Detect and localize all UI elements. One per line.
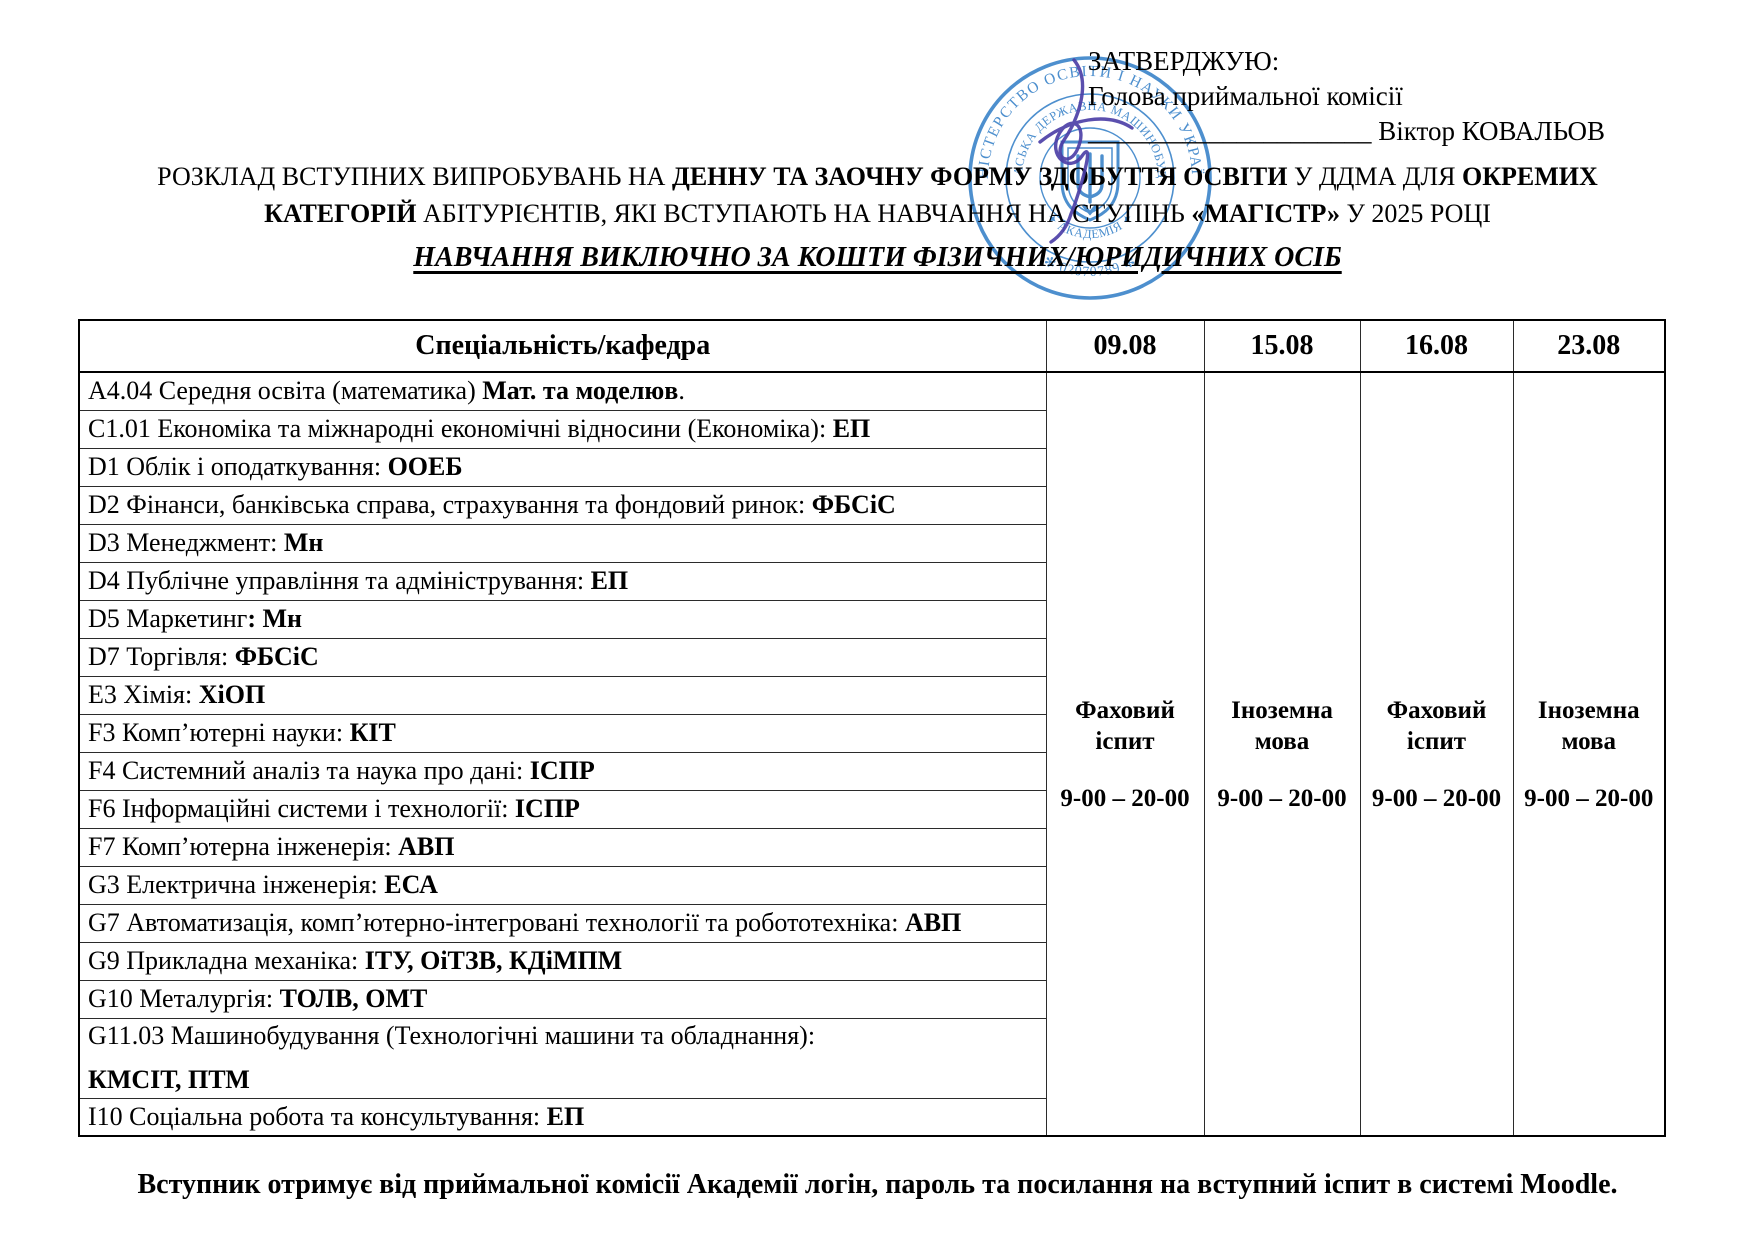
approval-block: ЗАТВЕРДЖУЮ: Голова приймальної комісії _… — [1088, 44, 1605, 149]
title-line-1: РОЗКЛАД ВСТУПНИХ ВИПРОБУВАНЬ НА ДЕННУ ТА… — [0, 158, 1755, 195]
exam-session-cell-4: Іноземна мова 9-00 – 20-00 — [1513, 372, 1665, 1136]
table-header-row: Спеціальність/кафедра 09.08 15.08 16.08 … — [79, 320, 1665, 372]
approve-label: ЗАТВЕРДЖУЮ: — [1088, 44, 1605, 79]
exam-session-cell-1: Фаховий іспит 9-00 – 20-00 — [1046, 372, 1204, 1136]
specialty-cell: E3 Хімія: ХіОП — [79, 676, 1046, 714]
specialty-cell: D4 Публічне управління та адмініструванн… — [79, 562, 1046, 600]
exam-session-cell-2: Іноземна мова 9-00 – 20-00 — [1204, 372, 1360, 1136]
specialty-cell: G3 Електрична інженерія: ЕСА — [79, 866, 1046, 904]
exam-time: 9-00 – 20-00 — [1516, 783, 1663, 814]
header-date-4: 23.08 — [1513, 320, 1665, 372]
exam-schedule-table: Спеціальність/кафедра 09.08 15.08 16.08 … — [78, 319, 1666, 1137]
specialty-cell: D5 Маркетинг: Мн — [79, 600, 1046, 638]
title-line-2: КАТЕГОРІЙ АБІТУРІЄНТІВ, ЯКІ ВСТУПАЮТЬ НА… — [0, 195, 1755, 232]
footer-note: Вступник отримує від приймальної комісії… — [0, 1169, 1755, 1201]
specialty-cell: С1.01 Економіка та міжнародні економічні… — [79, 410, 1046, 448]
signatory-name: Віктор КОВАЛЬОВ — [1372, 116, 1606, 146]
scanned-schedule-document: { "approval": { "approve": "ЗАТВЕРДЖУЮ:"… — [0, 0, 1755, 1241]
header-specialty: Спеціальність/кафедра — [79, 320, 1046, 372]
exam-session-cell-3: Фаховий іспит 9-00 – 20-00 — [1360, 372, 1513, 1136]
handwritten-signature — [1012, 44, 1162, 254]
specialty-cell: І10 Соціальна робота та консультування: … — [79, 1098, 1046, 1136]
exam-time: 9-00 – 20-00 — [1207, 783, 1358, 814]
exam-name: Іноземна мова — [1207, 695, 1358, 757]
page-subtitle: НАВЧАННЯ ВИКЛЮЧНО ЗА КОШТИ ФІЗИЧНИХ/ЮРИД… — [0, 242, 1755, 274]
specialty-cell: G9 Прикладна механіка: ІТУ, ОіТЗВ, КДіМП… — [79, 942, 1046, 980]
header-date-2: 15.08 — [1204, 320, 1360, 372]
specialty-cell: D3 Менеджмент: Мн — [79, 524, 1046, 562]
specialty-cell: D1 Облік і оподаткування: ООЕБ — [79, 448, 1046, 486]
specialty-cell: D2 Фінанси, банківська справа, страхуван… — [79, 486, 1046, 524]
specialty-cell: F6 Інформаційні системи і технології: ІС… — [79, 790, 1046, 828]
exam-name: Фаховий іспит — [1049, 695, 1202, 757]
specialty-cell: F4 Системний аналіз та наука про дані: І… — [79, 752, 1046, 790]
signature-row: _____________________ Віктор КОВАЛЬОВ — [1088, 114, 1605, 149]
role-label: Голова приймальної комісії — [1088, 79, 1605, 114]
exam-name: Іноземна мова — [1516, 695, 1663, 757]
specialty-cell: G11.03 Машинобудування (Технологічні маш… — [79, 1018, 1046, 1098]
specialty-cell: F7 Комп’ютерна інженерія: АВП — [79, 828, 1046, 866]
exam-time: 9-00 – 20-00 — [1363, 783, 1511, 814]
specialty-cell: А4.04 Середня освіта (математика) Мат. т… — [79, 372, 1046, 410]
document-body: РОЗКЛАД ВСТУПНИХ ВИПРОБУВАНЬ НА ДЕННУ ТА… — [0, 0, 1755, 1201]
specialty-cell: D7 Торгівля: ФБСіС — [79, 638, 1046, 676]
exam-name: Фаховий іспит — [1363, 695, 1511, 757]
specialty-cell: G10 Металургія: ТОЛВ, ОМТ — [79, 980, 1046, 1018]
exam-time: 9-00 – 20-00 — [1049, 783, 1202, 814]
header-date-1: 09.08 — [1046, 320, 1204, 372]
table-row: А4.04 Середня освіта (математика) Мат. т… — [79, 372, 1665, 410]
page-title: РОЗКЛАД ВСТУПНИХ ВИПРОБУВАНЬ НА ДЕННУ ТА… — [0, 158, 1755, 232]
header-date-3: 16.08 — [1360, 320, 1513, 372]
specialty-cell: F3 Комп’ютерні науки: КІТ — [79, 714, 1046, 752]
specialty-cell: G7 Автоматизація, комп’ютерно-інтегрован… — [79, 904, 1046, 942]
